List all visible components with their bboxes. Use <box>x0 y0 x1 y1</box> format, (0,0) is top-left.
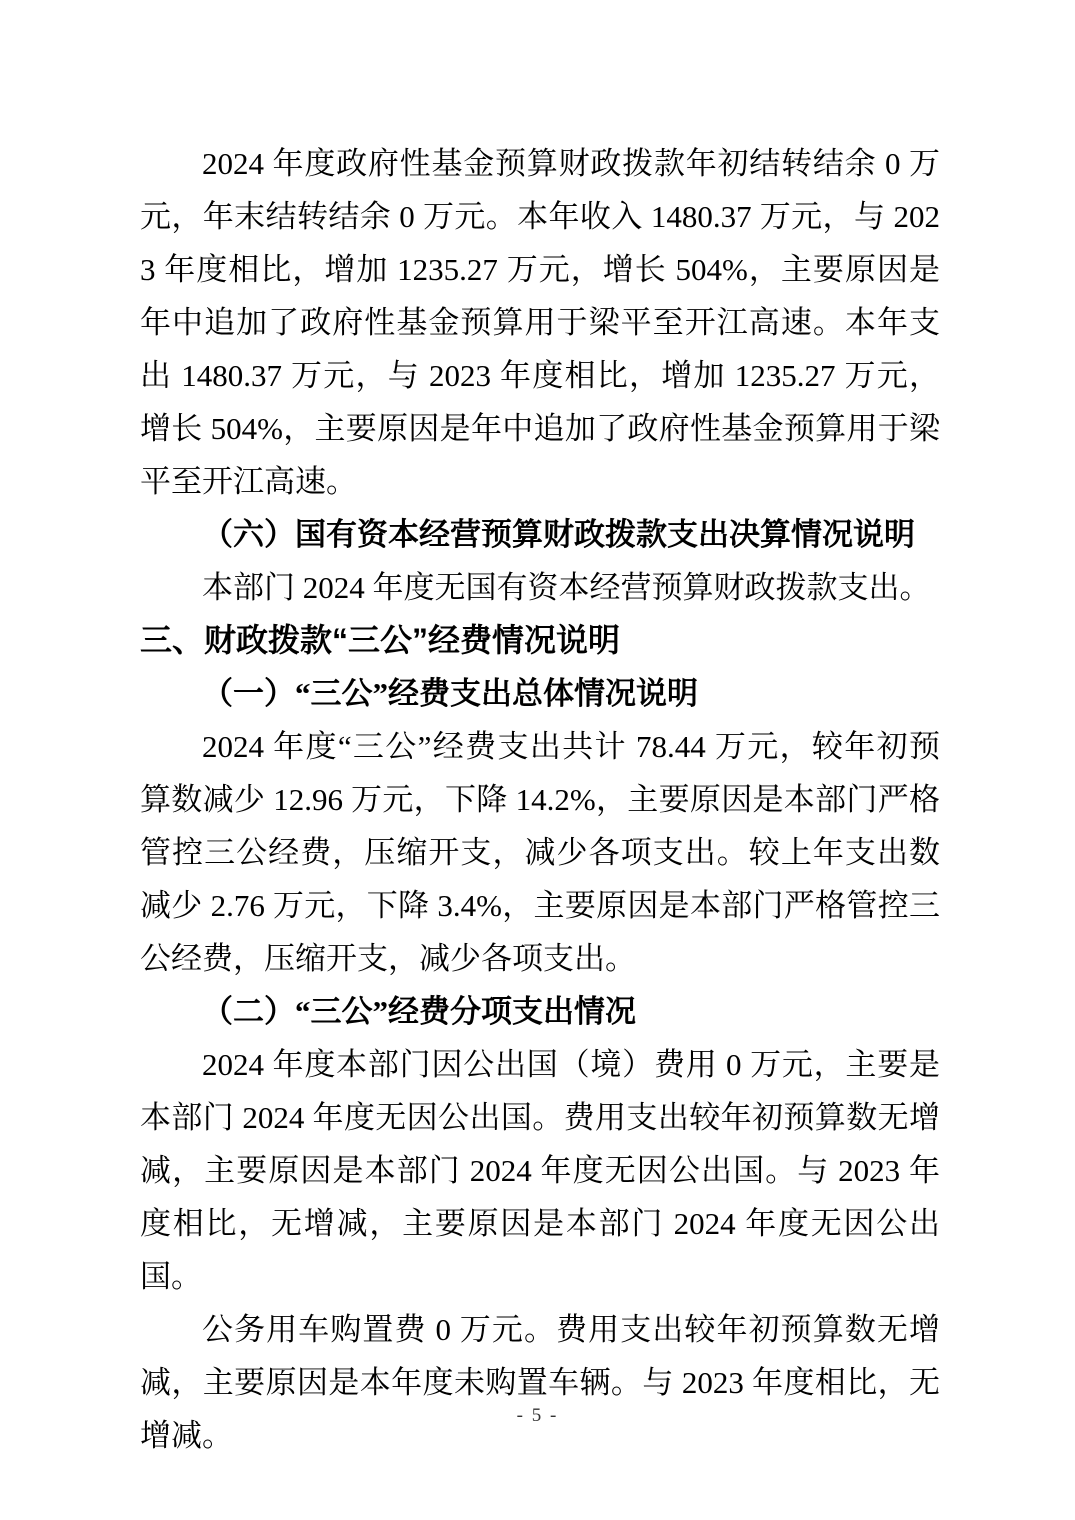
page-number: - 5 - <box>0 1404 1075 1428</box>
paragraph-official-vehicle-purchase: 公务用车购置费 0 万元。费用支出较年初预算数无增减，主要原因是本年度未购置车辆… <box>140 1303 940 1462</box>
paragraph-no-state-capital-expenditure: 本部门 2024 年度无国有资本经营预算财政拨款支出。 <box>140 561 940 614</box>
heading-part-three-sangong-funds: 三、财政拨款“三公”经费情况说明 <box>140 614 940 667</box>
document-body: 2024 年度政府性基金预算财政拨款年初结转结余 0 万元，年末结转结余 0 万… <box>140 137 940 1462</box>
document-page: 2024 年度政府性基金预算财政拨款年初结转结余 0 万元，年末结转结余 0 万… <box>0 0 1075 1520</box>
heading-section-six-state-capital: （六）国有资本经营预算财政拨款支出决算情况说明 <box>140 508 940 561</box>
heading-section-one-overall-expenditure: （一）“三公”经费支出总体情况说明 <box>140 667 940 720</box>
paragraph-gov-fund-budget: 2024 年度政府性基金预算财政拨款年初结转结余 0 万元，年末结转结余 0 万… <box>140 137 940 508</box>
paragraph-overseas-travel-expense: 2024 年度本部门因公出国（境）费用 0 万元，主要是本部门 2024 年度无… <box>140 1038 940 1303</box>
paragraph-sangong-overall-expenditure: 2024 年度“三公”经费支出共计 78.44 万元，较年初预算数减少 12.9… <box>140 720 940 985</box>
heading-section-two-itemized-expenditure: （二）“三公”经费分项支出情况 <box>140 985 940 1038</box>
